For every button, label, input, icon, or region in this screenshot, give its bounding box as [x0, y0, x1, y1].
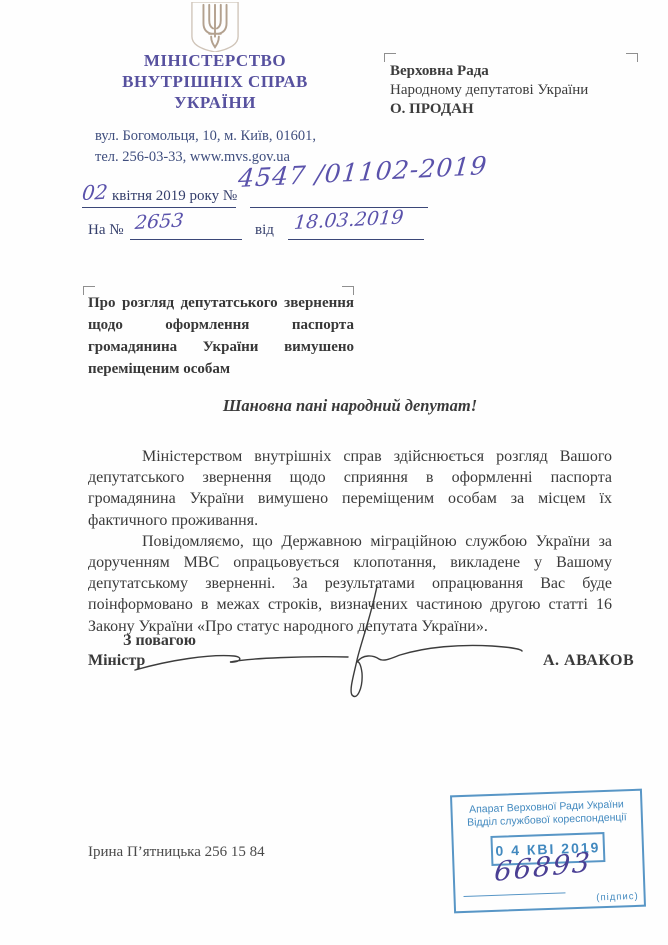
body-paragraph-1: Міністерством внутрішніх справ здійснюєт… [88, 446, 612, 531]
date-underline [82, 207, 236, 208]
handwritten-reply-number: 2653 [134, 209, 185, 234]
handwritten-reply-date: 18.03.2019 [293, 206, 404, 234]
reply-number-label: На № [88, 222, 124, 239]
reply-date-underline [288, 239, 424, 240]
reply-number-underline [130, 239, 242, 240]
ministry-title-line3: УКРАЇНИ [100, 92, 330, 113]
stamp-signature-caption: (підпис) [596, 891, 639, 903]
typed-date-label: квітня 2019 року № [112, 188, 237, 205]
handwritten-day: 02 [81, 180, 109, 205]
reply-date-label: від [255, 222, 274, 239]
ukraine-trident-emblem-icon [187, 2, 243, 52]
addressee-org: Верховна Рада [390, 62, 640, 81]
addressee-corner-mark-left [384, 53, 396, 62]
scanned-letter-page: МІНІСТЕРСТВО ВНУТРІШНІХ СПРАВ УКРАЇНИ ву… [0, 0, 668, 945]
addressee-name: О. ПРОДАН [390, 100, 640, 119]
addressee-corner-mark-right [626, 53, 638, 62]
addressee-block: Верховна Рада Народному депутатові Украї… [390, 62, 640, 119]
executor-contact: Ірина П’ятницька 256 15 84 [88, 844, 265, 861]
salutation: Шановна пані народний депутат! [88, 396, 612, 416]
stamp-signature-line [464, 892, 566, 897]
addressee-role: Народному депутатові України [390, 81, 640, 100]
address-line1: вул. Богомольця, 10, м. Київ, 01601, [95, 126, 395, 147]
ministry-title: МІНІСТЕРСТВО ВНУТРІШНІХ СПРАВ УКРАЇНИ [100, 50, 330, 113]
minister-signature-icon [130, 578, 540, 710]
closing-name: А. АВАКОВ [543, 652, 634, 670]
ministry-title-line2: ВНУТРІШНІХ СПРАВ [100, 71, 330, 92]
ministry-title-line1: МІНІСТЕРСТВО [100, 50, 330, 71]
subject-block: Про розгляд депутатського звернення щодо… [88, 292, 354, 380]
